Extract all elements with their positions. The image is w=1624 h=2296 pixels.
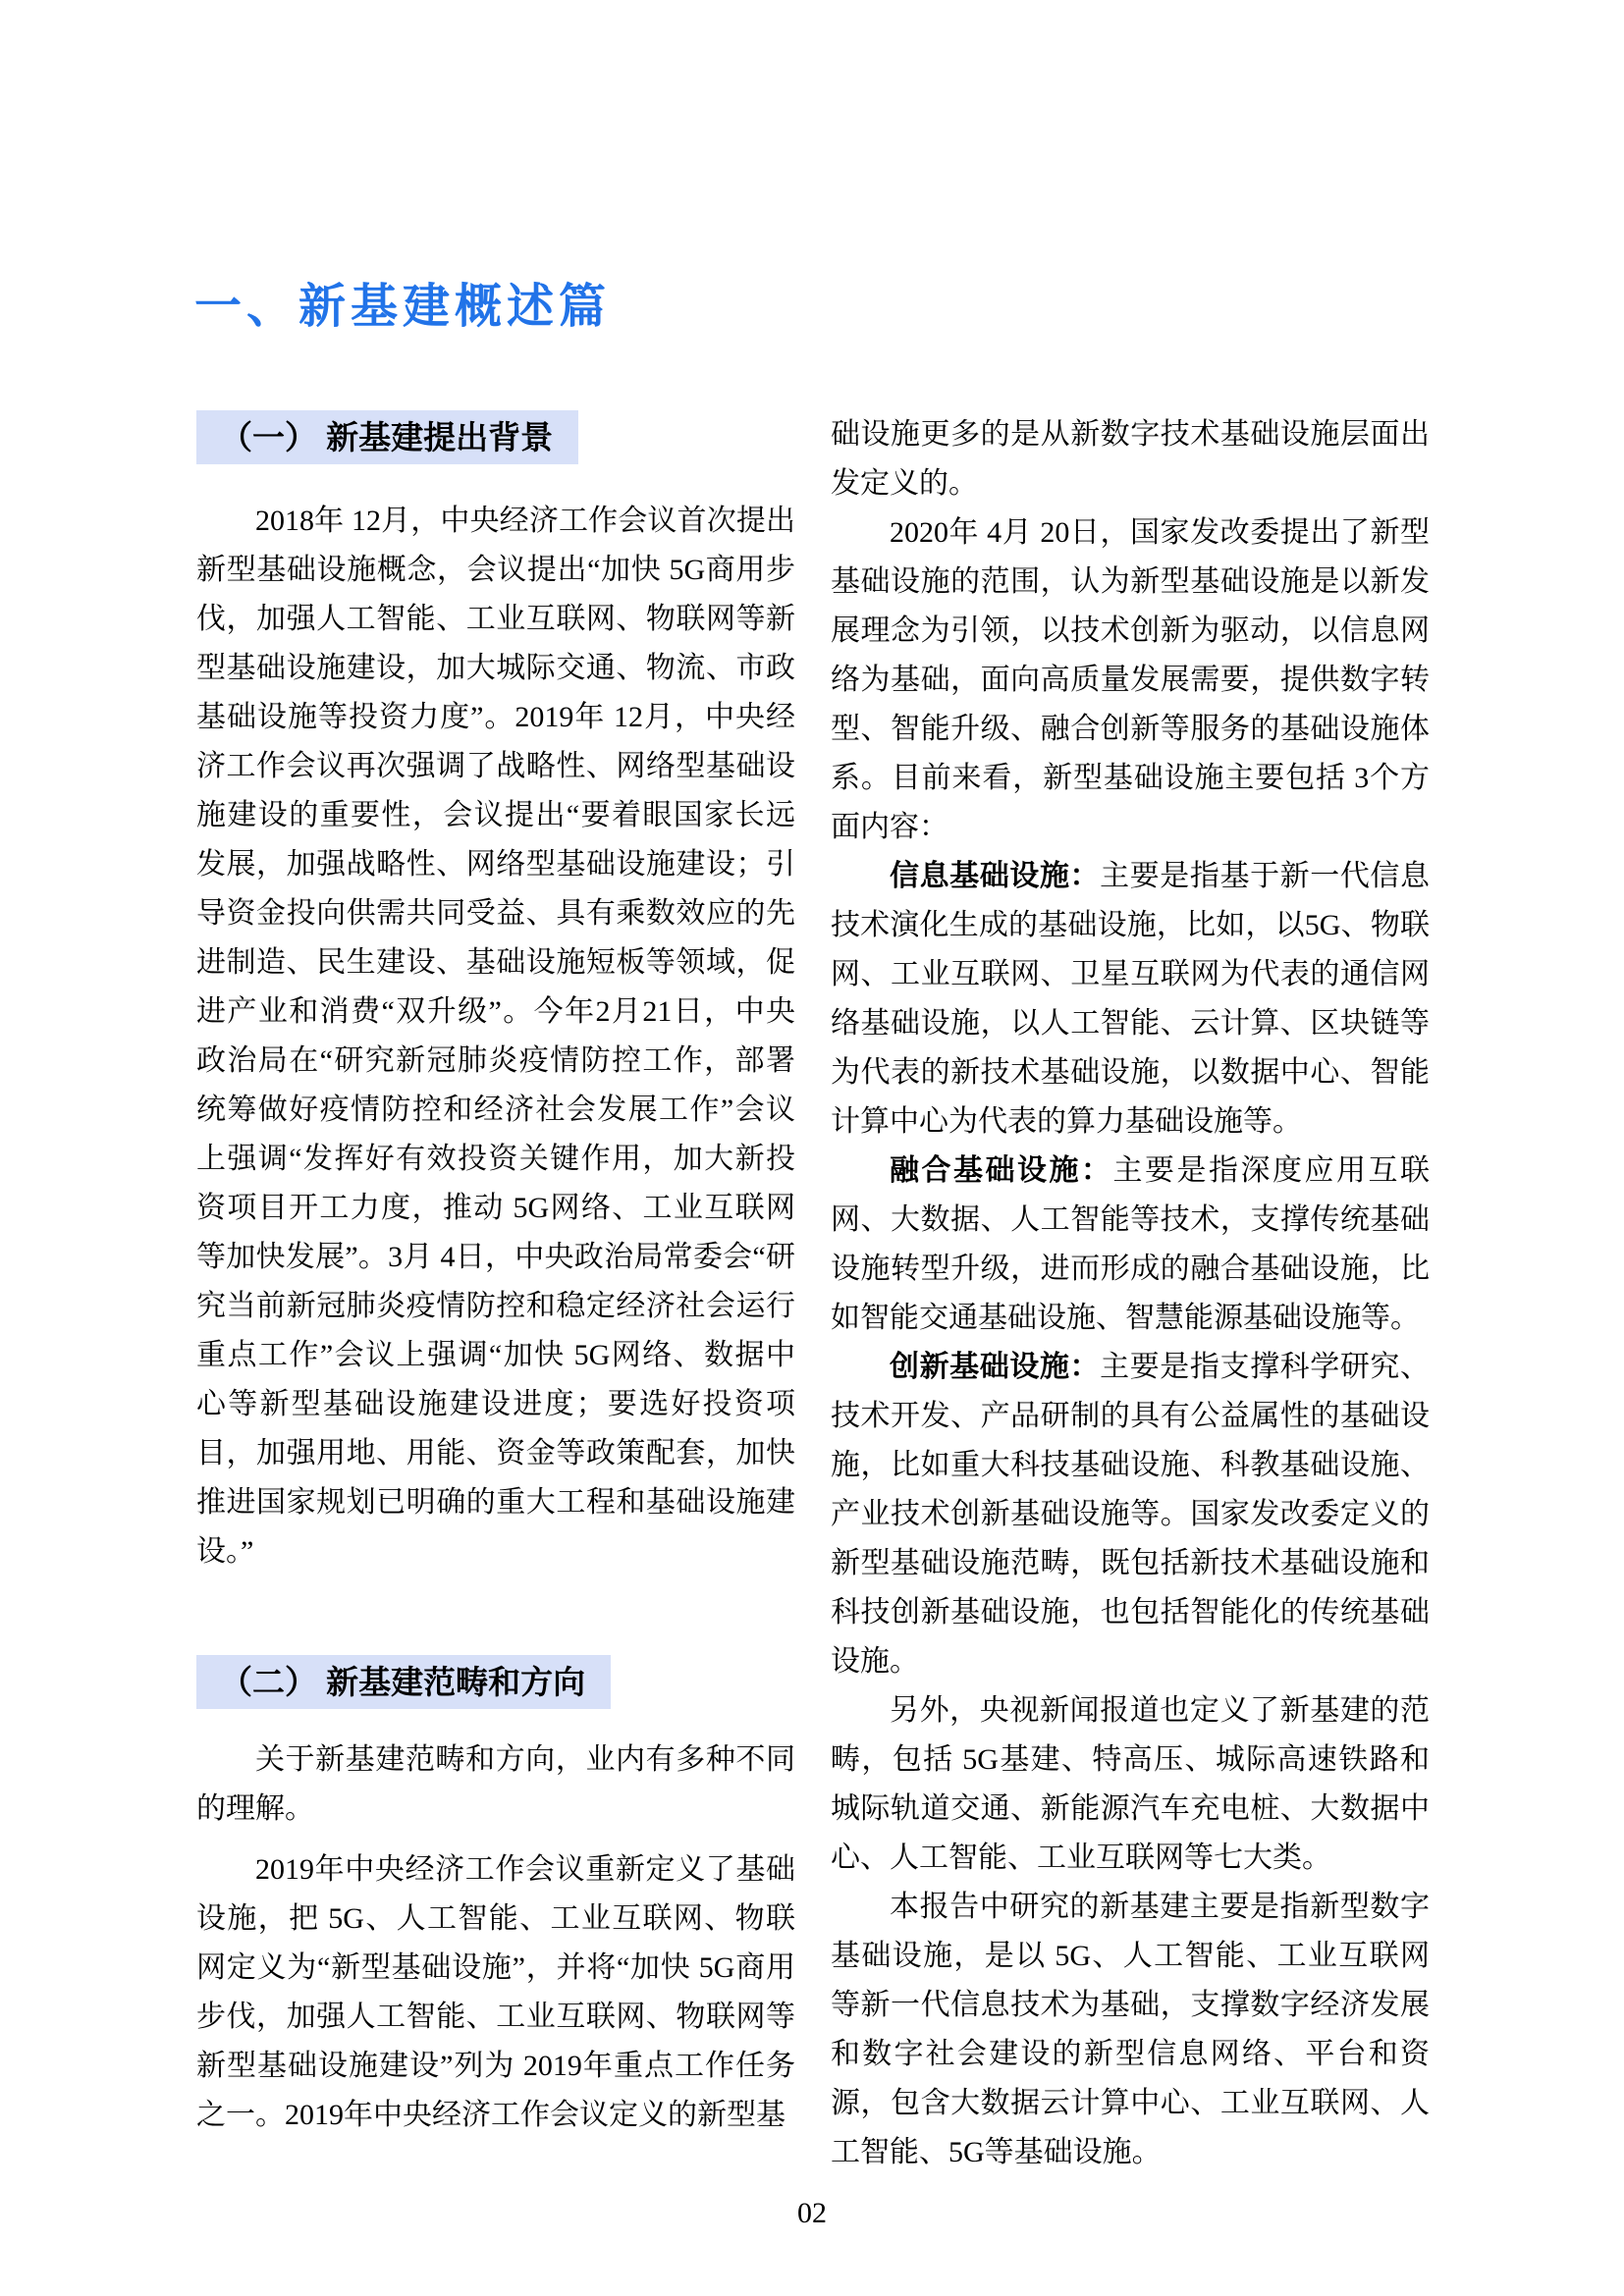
paragraph-converged-infrastructure: 融合基础设施：主要是指深度应用互联网、大数据、人工智能等技术，支撑传统基础设施转…: [831, 1147, 1430, 1343]
page-number: 02: [0, 2197, 1624, 2230]
paragraph-text: 主要是指支撑科学研究、技术开发、产品研制的具有公益属性的基础设施，比如重大科技基…: [831, 1351, 1430, 1678]
paragraph-ndrc-scope: 2020年 4月 20日，国家发改委提出了新型基础设施的范围，认为新型基础设施是…: [831, 508, 1430, 852]
paragraph-continuation: 础设施更多的是从新数字技术基础设施层面出发定义的。: [831, 410, 1430, 508]
paragraph-innovation-infrastructure: 创新基础设施：主要是指支撑科学研究、技术开发、产品研制的具有公益属性的基础设施，…: [831, 1343, 1430, 1686]
section-heading-1-row: （一） 新基建提出背景: [196, 410, 795, 464]
paragraph-report-definition: 本报告中研究的新基建主要是指新型数字基础设施，是以 5G、人工智能、工业互联网等…: [831, 1883, 1430, 2177]
bold-lead-innovation-infrastructure: 创新基础设施：: [890, 1351, 1100, 1383]
bold-lead-information-infrastructure: 信息基础设施：: [890, 860, 1100, 892]
section-heading-1: （一） 新基建提出背景: [196, 410, 578, 464]
document-page: 一、新基建概述篇 （一） 新基建提出背景 2018年 12月，中央经济工作会议首…: [0, 0, 1624, 2296]
section-heading-2-row: （二） 新基建范畴和方向: [196, 1655, 795, 1709]
paragraph-text: 主要是指基于新一代信息技术演化生成的基础设施，比如，以5G、物联网、工业互联网、…: [831, 860, 1430, 1138]
left-column: （一） 新基建提出背景 2018年 12月，中央经济工作会议首次提出新型基础设施…: [196, 410, 795, 2140]
paragraph-2019-definition: 2019年中央经济工作会议重新定义了基础设施，把 5G、人工智能、工业互联网、物…: [196, 1845, 795, 2140]
paragraph-background: 2018年 12月，中央经济工作会议首次提出新型基础设施概念，会议提出“加快 5…: [196, 497, 795, 1576]
paragraph-information-infrastructure: 信息基础设施：主要是指基于新一代信息技术演化生成的基础设施，比如，以5G、物联网…: [831, 852, 1430, 1147]
right-column: 础设施更多的是从新数字技术基础设施层面出发定义的。 2020年 4月 20日，国…: [831, 410, 1430, 2177]
paragraph-scope-intro: 关于新基建范畴和方向，业内有多种不同的理解。: [196, 1735, 795, 1834]
section-heading-2: （二） 新基建范畴和方向: [196, 1655, 611, 1709]
paragraph-cctv-definition: 另外，央视新闻报道也定义了新基建的范畴，包括 5G基建、特高压、城际高速铁路和城…: [831, 1686, 1430, 1883]
page-title: 一、新基建概述篇: [194, 279, 611, 336]
bold-lead-converged-infrastructure: 融合基础设施：: [890, 1154, 1113, 1187]
